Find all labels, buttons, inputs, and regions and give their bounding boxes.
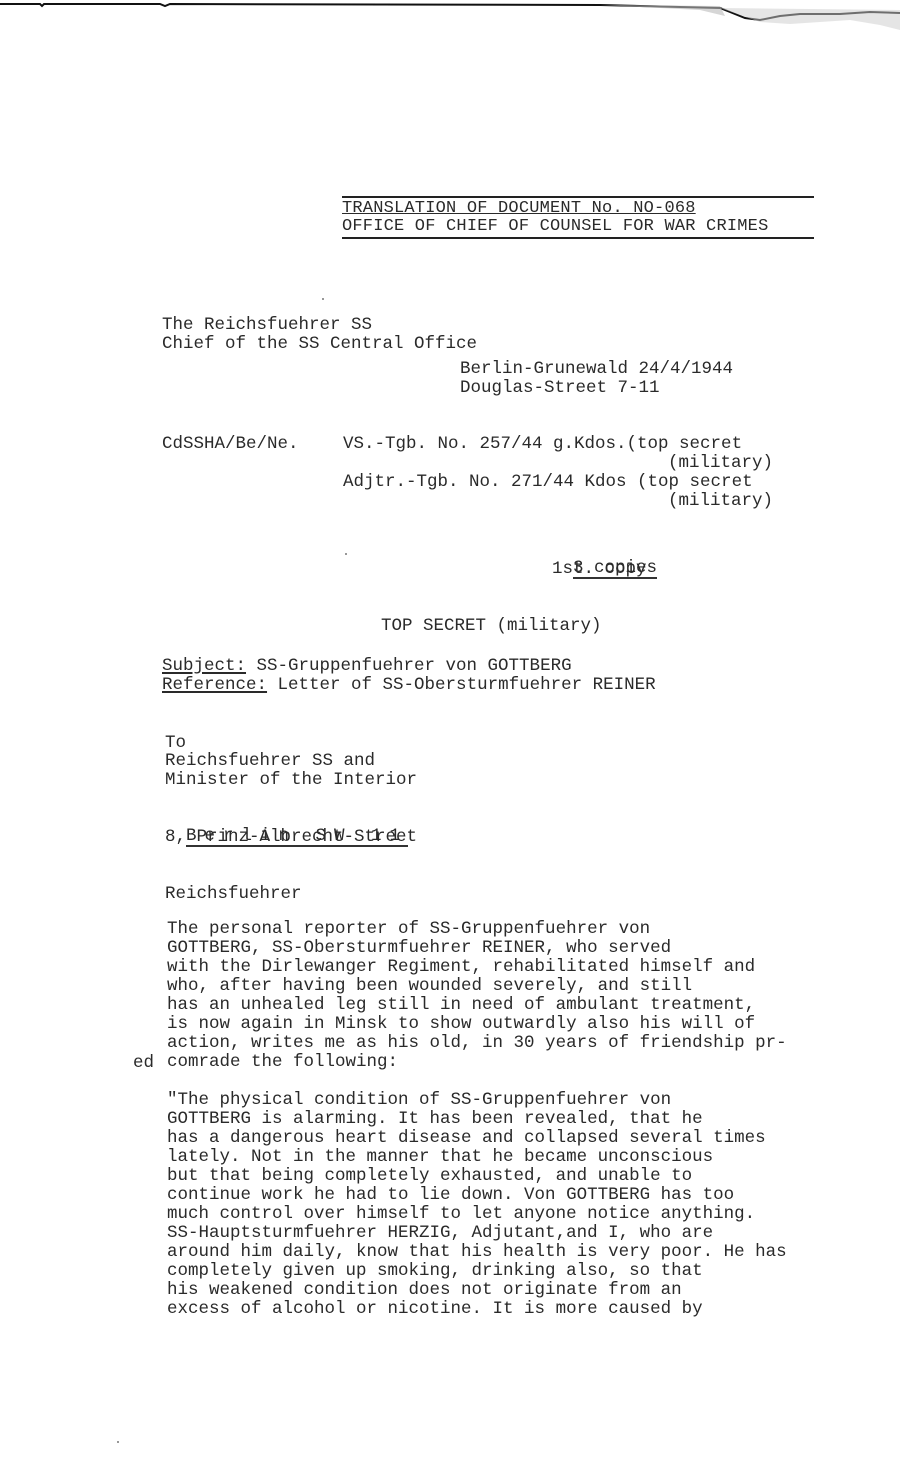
paragraph-line: excess of alcohol or nicotine. It is mor…	[167, 1300, 703, 1319]
torn-paper-edge	[0, 0, 900, 40]
recipient-line-1: Reichsfuehrer SS and	[165, 752, 375, 771]
sender-line-2: Chief of the SS Central Office	[162, 335, 477, 354]
paragraph-line: his weakened condition does not originat…	[167, 1281, 682, 1300]
vs-journal-number: VS.-Tgb. No. 257/44 g.Kdos.(top secret	[343, 435, 742, 454]
paragraph-line: The personal reporter of SS-Gruppenfuehr…	[167, 920, 650, 939]
paragraph-line: GOTTBERG is alarming. It has been reveal…	[167, 1110, 703, 1129]
paper-speck	[117, 1441, 119, 1443]
recipient-line-2: Minister of the Interior	[165, 771, 417, 790]
adjutant-classification: (military)	[668, 492, 773, 511]
document-header: TRANSLATION OF DOCUMENT No. NO-068 OFFIC…	[342, 196, 814, 239]
place-date: Berlin-Grunewald 24/4/1944	[460, 360, 733, 379]
paragraph-line: SS-Hauptsturmfuehrer HERZIG, Adjutant,an…	[167, 1224, 713, 1243]
paragraph-line: comrade the following:	[167, 1053, 398, 1072]
paragraph-line: action, writes me as his old, in 30 year…	[167, 1034, 787, 1053]
paragraph-line: lately. Not in the manner that he became…	[167, 1148, 713, 1167]
classification: TOP SECRET (military)	[381, 617, 602, 636]
paragraph-line: completely given up smoking, drinking al…	[167, 1262, 703, 1281]
header-office-line: OFFICE OF CHIEF OF COUNSEL FOR WAR CRIME…	[342, 218, 814, 236]
paragraph-line: much control over himself to let anyone …	[167, 1205, 755, 1224]
paragraph-line: is now again in Minsk to show outwardly …	[167, 1015, 755, 1034]
subject-label: Subject:	[162, 656, 246, 676]
header-translation-line: TRANSLATION OF DOCUMENT No. NO-068	[342, 200, 814, 218]
file-code: CdSSHA/Be/Ne.	[162, 435, 299, 454]
paper-speck	[322, 298, 324, 300]
address-street: Douglas-Street 7-11	[460, 379, 660, 398]
margin-note: ed	[133, 1054, 154, 1073]
reference-text: Letter of SS-Obersturmfuehrer REINER	[267, 675, 656, 695]
subject-line: Subject: SS-Gruppenfuehrer von GOTTBERG	[162, 657, 572, 676]
copy-number: 1st. copy	[552, 560, 647, 579]
paragraph-line: continue work he had to lie down. Von GO…	[167, 1186, 734, 1205]
vs-classification: (military)	[668, 454, 773, 473]
reference-line: Reference: Letter of SS-Obersturmfuehrer…	[162, 676, 656, 695]
subject-text: SS-Gruppenfuehrer von GOTTBERG	[246, 656, 572, 676]
paragraph-line: around him daily, know that his health i…	[167, 1243, 787, 1262]
paragraph-line: GOTTBERG, SS-Obersturmfuehrer REINER, wh…	[167, 939, 671, 958]
sender-line-1: The Reichsfuehrer SS	[162, 316, 372, 335]
paragraph-line: but that being completely exhausted, and…	[167, 1167, 692, 1186]
paragraph-line: has a dangerous heart disease and collap…	[167, 1129, 766, 1148]
paper-speck	[345, 553, 347, 555]
adjutant-journal-number: Adjtr.-Tgb. No. 271/44 Kdos (top secret	[343, 473, 753, 492]
paragraph-line: who, after having been wounded severely,…	[167, 977, 692, 996]
paragraph-line: "The physical condition of SS-Gruppenfue…	[167, 1091, 671, 1110]
paragraph-line: has an unhealed leg still in need of amb…	[167, 996, 755, 1015]
salutation: Reichsfuehrer	[165, 885, 302, 904]
reference-label: Reference:	[162, 675, 267, 695]
recipient-street: 8, Prinz-Albrecht-Street	[165, 828, 417, 847]
paragraph-line: with the Dirlewanger Regiment, rehabilit…	[167, 958, 755, 977]
